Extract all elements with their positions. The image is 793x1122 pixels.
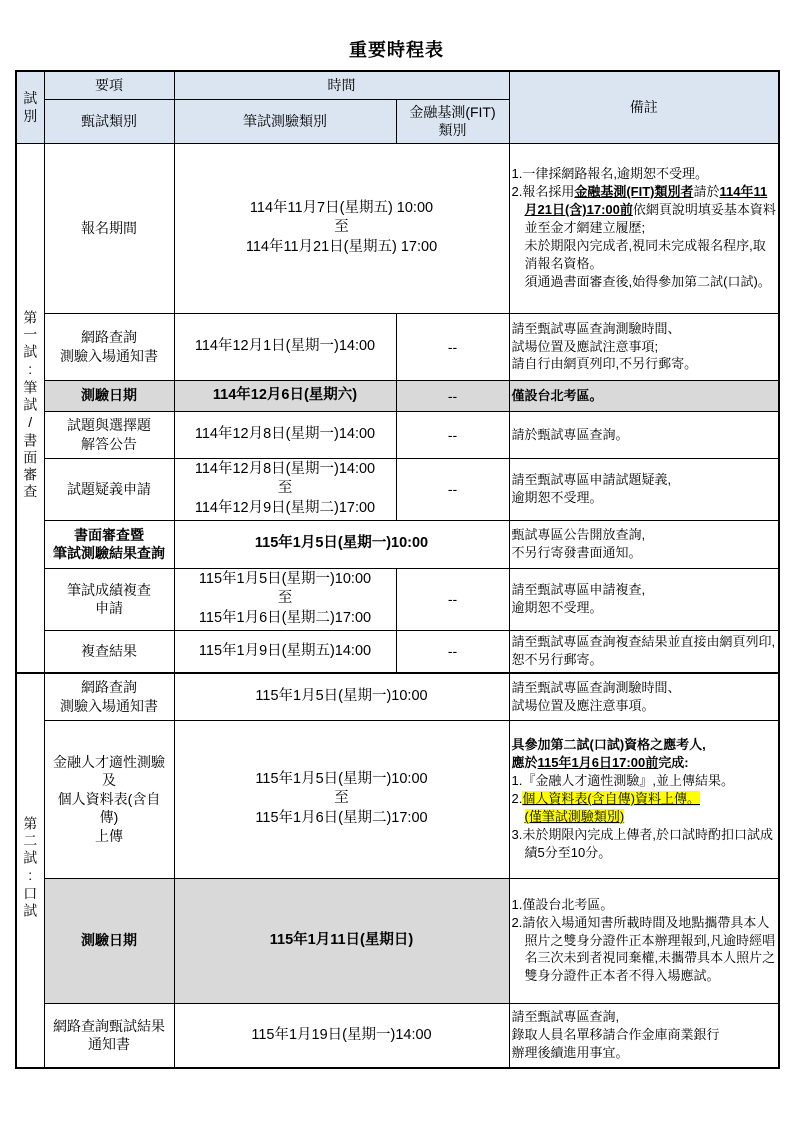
header-row-1: 試 別 要項 時間 備註 bbox=[16, 71, 779, 99]
row-notes: 請至甄試專區查詢, 錄取人員名單移請合作金庫商業銀行 辦理後續進用事宜。 bbox=[509, 1003, 779, 1068]
row-label: 測驗日期 bbox=[44, 878, 174, 1003]
row-time: 114年11月7日(星期五) 10:00 至 114年11月21日(星期五) 1… bbox=[174, 143, 509, 313]
row-label: 複查結果 bbox=[44, 630, 174, 673]
row-label: 筆試成績複查 申請 bbox=[44, 568, 174, 630]
schedule-table: 試 別 要項 時間 備註 甄試類別 筆試測驗類別 金融基測(FIT) 類別 第一… bbox=[15, 70, 780, 1069]
header-exam-type: 試 別 bbox=[16, 71, 44, 143]
row-notes: 具參加第二試(口試)資格之應考人,應於115年1月6日17:00前完成:1.『金… bbox=[509, 720, 779, 878]
row-label: 試題與選擇題 解答公告 bbox=[44, 411, 174, 458]
row-notes: 請於甄試專區查詢。 bbox=[509, 411, 779, 458]
row-fit-value: -- bbox=[396, 568, 509, 630]
row-notes: 請至甄試專區查詢測驗時間、 試場位置及應注意事項。 bbox=[509, 673, 779, 720]
row-fit-value: -- bbox=[396, 630, 509, 673]
header-time: 時間 bbox=[174, 71, 509, 99]
section-label-second-exam: 第二試:口試 bbox=[16, 673, 44, 1068]
header-category: 甄試類別 bbox=[44, 99, 174, 143]
row-notes: 請至甄試專區申請複查, 逾期恕不受理。 bbox=[509, 568, 779, 630]
row-time: 114年12月8日(星期一)14:00 bbox=[174, 411, 396, 458]
row-admission-ticket-query-1: 網路查詢 測驗入場通知書 114年12月1日(星期一)14:00 -- 請至甄試… bbox=[16, 313, 779, 380]
row-recheck-result: 複查結果 115年1月9日(星期五)14:00 -- 請至甄試專區查詢複查結果並… bbox=[16, 630, 779, 673]
row-answer-announcement: 試題與選擇題 解答公告 114年12月8日(星期一)14:00 -- 請於甄試專… bbox=[16, 411, 779, 458]
row-label: 金融人才適性測驗 及 個人資料表(含自 傳) 上傳 bbox=[44, 720, 174, 878]
row-aptitude-test-upload: 金融人才適性測驗 及 個人資料表(含自 傳) 上傳 115年1月5日(星期一)1… bbox=[16, 720, 779, 878]
row-time: 115年1月5日(星期一)10:00 bbox=[174, 520, 509, 568]
row-admission-ticket-query-2: 第二試:口試 網路查詢 測驗入場通知書 115年1月5日(星期一)10:00 請… bbox=[16, 673, 779, 720]
row-test-date-2: 測驗日期 115年1月11日(星期日) 1.僅設台北考區。2.請依入場通知書所載… bbox=[16, 878, 779, 1003]
row-fit-value: -- bbox=[396, 313, 509, 380]
header-written-category: 筆試測驗類別 bbox=[174, 99, 396, 143]
row-label: 網路查詢 測驗入場通知書 bbox=[44, 313, 174, 380]
row-time: 115年1月19日(星期一)14:00 bbox=[174, 1003, 509, 1068]
row-time: 115年1月5日(星期一)10:00 至 115年1月6日(星期二)17:00 bbox=[174, 568, 396, 630]
row-time: 115年1月9日(星期五)14:00 bbox=[174, 630, 396, 673]
row-notes: 僅設台北考區。 bbox=[509, 380, 779, 411]
row-score-recheck-application: 筆試成績複查 申請 115年1月5日(星期一)10:00 至 115年1月6日(… bbox=[16, 568, 779, 630]
page-title: 重要時程表 bbox=[0, 0, 793, 62]
row-notes: 請至甄試專區申請試題疑義, 逾期恕不受理。 bbox=[509, 458, 779, 520]
row-label: 書面審查暨 筆試測驗結果查詢 bbox=[44, 520, 174, 568]
row-notes: 甄試專區公告開放查詢, 不另行寄發書面通知。 bbox=[509, 520, 779, 568]
header-notes: 備註 bbox=[509, 71, 779, 143]
header-item: 要項 bbox=[44, 71, 174, 99]
row-question-doubt-application: 試題疑義申請 114年12月8日(星期一)14:00 至 114年12月9日(星… bbox=[16, 458, 779, 520]
row-time: 115年1月5日(星期一)10:00 bbox=[174, 673, 509, 720]
row-fit-value: -- bbox=[396, 411, 509, 458]
document-page: { "title": "重要時程表", "colors": {"header_b… bbox=[0, 0, 793, 1122]
row-time: 115年1月5日(星期一)10:00 至 115年1月6日(星期二)17:00 bbox=[174, 720, 509, 878]
row-time: 114年12月8日(星期一)14:00 至 114年12月9日(星期二)17:0… bbox=[174, 458, 396, 520]
row-fit-value: -- bbox=[396, 380, 509, 411]
row-notes: 請至甄試專區查詢複查結果並直接由網頁列印,恕不另行郵寄。 bbox=[509, 630, 779, 673]
row-label: 網路查詢 測驗入場通知書 bbox=[44, 673, 174, 720]
row-label: 網路查詢甄試結果 通知書 bbox=[44, 1003, 174, 1068]
row-notes: 請至甄試專區查詢測驗時間、 試場位置及應試注意事項; 請自行由網頁列印,不另行郵… bbox=[509, 313, 779, 380]
row-final-result-notice: 網路查詢甄試結果 通知書 115年1月19日(星期一)14:00 請至甄試專區查… bbox=[16, 1003, 779, 1068]
header-fit-category: 金融基測(FIT) 類別 bbox=[396, 99, 509, 143]
row-notes: 1.僅設台北考區。2.請依入場通知書所載時間及地點攜帶具本人照片之雙身分證件正本… bbox=[509, 878, 779, 1003]
section-label-first-exam: 第一試:筆試/書面審查 bbox=[16, 143, 44, 673]
row-test-date-1: 測驗日期 114年12月6日(星期六) -- 僅設台北考區。 bbox=[16, 380, 779, 411]
row-notes: 1.一律採網路報名,逾期恕不受理。2.報名採用金融基測(FIT)類別者請於114… bbox=[509, 143, 779, 313]
row-time: 115年1月11日(星期日) bbox=[174, 878, 509, 1003]
row-time: 114年12月6日(星期六) bbox=[174, 380, 396, 411]
row-written-result-query: 書面審查暨 筆試測驗結果查詢 115年1月5日(星期一)10:00 甄試專區公告… bbox=[16, 520, 779, 568]
row-time: 114年12月1日(星期一)14:00 bbox=[174, 313, 396, 380]
row-label: 測驗日期 bbox=[44, 380, 174, 411]
row-registration-period: 第一試:筆試/書面審查 報名期間 114年11月7日(星期五) 10:00 至 … bbox=[16, 143, 779, 313]
row-label: 報名期間 bbox=[44, 143, 174, 313]
row-label: 試題疑義申請 bbox=[44, 458, 174, 520]
row-fit-value: -- bbox=[396, 458, 509, 520]
